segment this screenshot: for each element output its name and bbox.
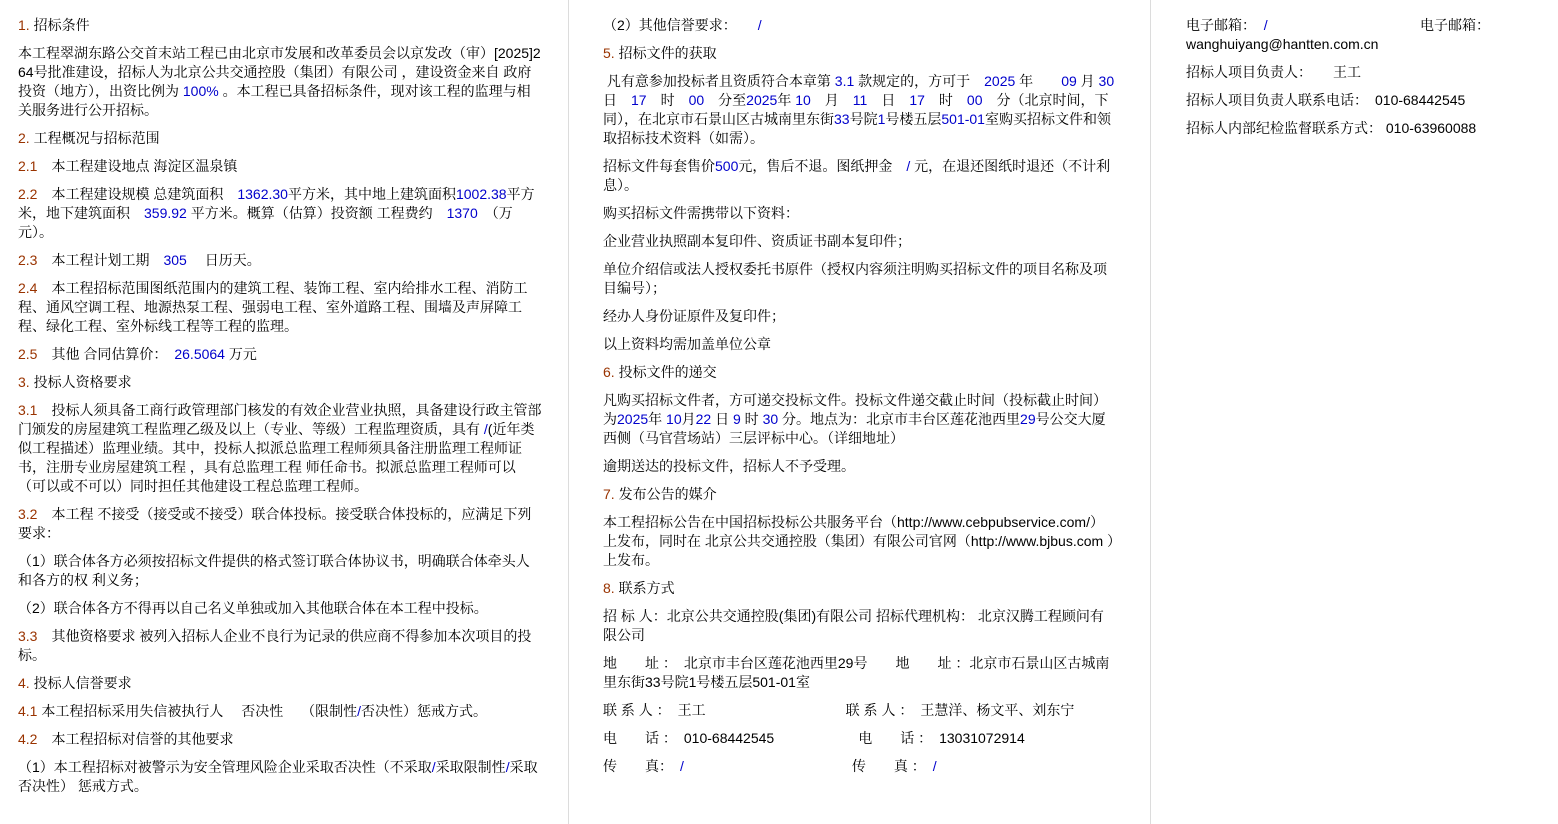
text-run: 投标文件的递交	[615, 364, 717, 380]
text-run: 平方米，其中地上建筑面积	[288, 186, 456, 202]
text-run: 招标人项目负责人： 王工	[1186, 64, 1361, 80]
paragraph: 单位介绍信或法人授权委托书原件（授权内容须注明购买招标文件的项目名称及项目编号）…	[603, 260, 1115, 298]
text-run: 招 标 人：北京公共交通控股(集团)有限公司 招标代理机构： 北京汉腾工程顾问有…	[603, 608, 1104, 643]
column-right: 电子邮箱： /电子邮箱：wanghuiyang@hantten.com.cn招标…	[1186, 16, 1490, 147]
text-run: 联 系 人 ： 王工 联 系 人 ： 王慧洋、杨文平、刘东宁	[603, 702, 1074, 718]
text-run: 本工程计划工期	[37, 252, 163, 268]
text-run: 投标人信誉要求	[30, 675, 132, 691]
paragraph: （1）本工程招标对被警示为安全管理风险企业采取否决性（不采取/采取限制性/采取否…	[18, 758, 542, 796]
text-run: 单位介绍信或法人授权委托书原件（授权内容须注明购买招标文件的项目名称及项目编号）…	[603, 261, 1107, 296]
text-run: 投标人资格要求	[30, 374, 132, 390]
paragraph: 地 址 ： 北京市丰台区莲花池西里29号 地 址 ：北京市石景山区古城南里东街3…	[603, 654, 1115, 692]
section-heading: 6. 投标文件的递交	[603, 363, 1115, 382]
text-run: 传 真 ：	[684, 758, 933, 774]
filled-value: 305	[163, 252, 186, 268]
column-left: 1. 招标条件本工程翠湖东路公交首末站工程已由北京市发展和改革委员会以京发改（审…	[18, 16, 542, 805]
text-run: 分。地点为：北京市丰台区莲花池西里	[778, 411, 1020, 427]
paragraph: 招标人项目负责人： 王工	[1186, 63, 1490, 82]
text-run: 月	[811, 92, 853, 108]
text-run: 凡有意参加投标者且资质符合本章第	[603, 73, 835, 89]
filled-value: 29	[1020, 411, 1036, 427]
filled-value: 1370	[447, 205, 478, 221]
section-heading: 3. 投标人资格要求	[18, 373, 542, 392]
filled-value: 17	[631, 92, 647, 108]
section-number: 8.	[603, 580, 615, 596]
section-number: 3.	[18, 374, 30, 390]
filled-value: /	[1264, 17, 1268, 33]
filled-value: 00	[967, 92, 983, 108]
filled-value: 10	[795, 92, 811, 108]
text-run: 逾期送达的投标文件，招标人不予受理。	[603, 458, 855, 474]
text-run: （2）其他信誉要求：	[603, 17, 758, 33]
paragraph: 2.1 本工程建设地点 海淀区温泉镇	[18, 157, 542, 176]
paragraph: 经办人身份证原件及复印件；	[603, 307, 1115, 326]
filled-value: 00	[689, 92, 705, 108]
text-run: 招标文件每套售价	[603, 158, 715, 174]
paragraph: 电 话 ： 010-68442545 电 话 ： 13031072914	[603, 729, 1115, 748]
text-run: 电 话 ： 010-68442545 电 话 ： 13031072914	[603, 730, 1025, 746]
paragraph: wanghuiyang@hantten.com.cn	[1186, 35, 1490, 54]
text-run: 购买招标文件需携带以下资料：	[603, 205, 799, 221]
text-run: 号楼五层	[885, 111, 941, 127]
text-run: 发布公告的媒介	[615, 486, 717, 502]
filled-value: /	[758, 17, 762, 33]
filled-value: 100%	[183, 83, 219, 99]
paragraph: （2）联合体各方不得再以自己名义单独或加入其他联合体在本工程中投标。	[18, 599, 542, 618]
text-run: 本工程招标对信誉的其他要求	[37, 731, 233, 747]
text-run: 号院	[850, 111, 878, 127]
column-middle: （2）其他信誉要求： /5. 招标文件的获取 凡有意参加投标者且资质符合本章第 …	[603, 16, 1115, 785]
paragraph: 3.2 本工程 不接受（接受或不接受）联合体投标。接受联合体投标的，应满足下列要…	[18, 505, 542, 543]
section-number: 2.	[18, 130, 30, 146]
text-run: 日历天。	[187, 252, 261, 268]
filled-value: /	[933, 758, 937, 774]
section-number: 4.1	[18, 703, 37, 719]
paragraph: 招 标 人：北京公共交通控股(集团)有限公司 招标代理机构： 北京汉腾工程顾问有…	[603, 607, 1115, 645]
paragraph: 2.2 本工程建设规模 总建筑面积 1362.30平方米，其中地上建筑面积100…	[18, 185, 542, 242]
filled-value: 26.5064	[174, 346, 225, 362]
text-run: 本工程招标采用失信被执行人 否决性 （限制性	[37, 703, 357, 719]
paragraph: 凡有意参加投标者且资质符合本章第 3.1 款规定的，方可于 2025 年 09 …	[603, 72, 1115, 148]
filled-value: 1362.30	[237, 186, 288, 202]
text-run: 投标人须具备工商行政管理部门核发的有效企业营业执照，具备建设行政主管部门颁发的房…	[18, 402, 541, 437]
text-run: 款规定的，方可于	[854, 73, 984, 89]
text-run: 联系方式	[615, 580, 675, 596]
text-run: 其他 合同估算价：	[37, 346, 174, 362]
paragraph: 招标人内部纪检监督联系方式： 010-63960088	[1186, 119, 1490, 138]
text-run: 本工程招标范围图纸范围内的建筑工程、装饰工程、室内给排水工程、消防工程、通风空调…	[18, 280, 527, 334]
section-heading: 5. 招标文件的获取	[603, 44, 1115, 63]
text-run: 招标条件	[30, 17, 90, 33]
text-run: 采取限制性	[436, 759, 506, 775]
filled-value: 2025	[617, 411, 648, 427]
text-run: 平方米。概算（估算）投资额 工程费约	[187, 205, 447, 221]
paragraph: 联 系 人 ： 王工 联 系 人 ： 王慧洋、杨文平、刘东宁	[603, 701, 1115, 720]
text-run: 月	[682, 411, 696, 427]
filled-value: 501-01	[941, 111, 985, 127]
section-number: 1.	[18, 17, 30, 33]
text-run: 企业营业执照副本复印件、资质证书副本复印件；	[603, 233, 911, 249]
text-run: 传 真：	[603, 758, 680, 774]
paragraph: 招标人项目负责人联系电话： 010-68442545	[1186, 91, 1490, 110]
text-run: 招标人项目负责人联系电话： 010-68442545	[1186, 92, 1465, 108]
filled-value: 359.92	[144, 205, 187, 221]
document-body: { "document": { "title": "翠湖东路公交首末站工程监理招…	[0, 0, 1558, 824]
section-number: 2.4	[18, 280, 37, 296]
text-run: 本工程 不接受（接受或不接受）联合体投标。接受联合体投标的，应满足下列要求：	[18, 506, 531, 541]
paragraph: 2.5 其他 合同估算价： 26.5064 万元	[18, 345, 542, 364]
paragraph: 凡购买招标文件者，方可递交投标文件。投标文件递交截止时间（投标截止时间）为202…	[603, 391, 1115, 448]
text-run: 年	[1015, 73, 1061, 89]
paragraph: 3.3 其他资格要求 被列入招标人企业不良行为记录的供应商不得参加本次项目的投标…	[18, 627, 542, 665]
text-run: 招标文件的获取	[615, 45, 717, 61]
text-run: （2）联合体各方不得再以自己名义单独或加入其他联合体在本工程中投标。	[18, 600, 488, 616]
section-number: 2.3	[18, 252, 37, 268]
paragraph: 购买招标文件需携带以下资料：	[603, 204, 1115, 223]
text-run: 日	[711, 411, 733, 427]
filled-value: 500	[715, 158, 738, 174]
column-divider-right	[1150, 0, 1151, 824]
section-number: 5.	[603, 45, 615, 61]
text-run: wanghuiyang@hantten.com.cn	[1186, 36, 1378, 52]
pair-right: 电子邮箱：	[1420, 16, 1490, 35]
text-run: 万元	[225, 346, 257, 362]
text-run: 月	[1077, 73, 1099, 89]
text-run: 分至	[704, 92, 746, 108]
text-run: 本工程建设规模 总建筑面积	[37, 186, 237, 202]
paragraph: 4.2 本工程招标对信誉的其他要求	[18, 730, 542, 749]
column-divider-left	[568, 0, 569, 824]
paragraph: 2.4 本工程招标范围图纸范围内的建筑工程、装饰工程、室内给排水工程、消防工程、…	[18, 279, 542, 336]
text-run: 经办人身份证原件及复印件；	[603, 308, 785, 324]
filled-value: 09	[1061, 73, 1077, 89]
paragraph: 2.3 本工程计划工期 305 日历天。	[18, 251, 542, 270]
section-number: 6.	[603, 364, 615, 380]
text-run: 招标人内部纪检监督联系方式： 010-63960088	[1186, 120, 1476, 136]
text-run: （1）本工程招标对被警示为安全管理风险企业采取否决性（不采取	[18, 759, 432, 775]
paragraph: 企业营业执照副本复印件、资质证书副本复印件；	[603, 232, 1115, 251]
filled-value: 11	[853, 92, 868, 108]
label-value-row: 电子邮箱： /电子邮箱：	[1186, 16, 1490, 35]
paragraph: （2）其他信誉要求： /	[603, 16, 1115, 35]
section-number: 2.5	[18, 346, 37, 362]
text-run: 时	[647, 92, 689, 108]
text-run: 本工程建设地点 海淀区温泉镇	[37, 158, 237, 174]
filled-value: 3.1	[835, 73, 854, 89]
filled-value: 10	[666, 411, 682, 427]
filled-value: 2025	[746, 92, 777, 108]
paragraph: 逾期送达的投标文件，招标人不予受理。	[603, 457, 1115, 476]
paragraph: （1）联合体各方必须按招标文件提供的格式签订联合体协议书，明确联合体牵头人和各方…	[18, 552, 542, 590]
text-run: 电子邮箱：	[1186, 17, 1264, 33]
filled-value: 1002.38	[456, 186, 507, 202]
pair-left: 电子邮箱： /	[1186, 16, 1268, 35]
text-run: 地 址 ： 北京市丰台区莲花池西里29号 地 址 ：北京市石景山区古城南里东街3…	[603, 655, 1109, 690]
section-number: 3.2	[18, 506, 37, 522]
section-heading: 2. 工程概况与招标范围	[18, 129, 542, 148]
section-heading: 1. 招标条件	[18, 16, 542, 35]
section-number: 2.1	[18, 158, 37, 174]
filled-value: 22	[696, 411, 712, 427]
section-number: 3.1	[18, 402, 37, 418]
section-heading: 4. 投标人信誉要求	[18, 674, 542, 693]
text-run: 其他资格要求 被列入招标人企业不良行为记录的供应商不得参加本次项目的投标。	[18, 628, 531, 663]
section-number: 4.2	[18, 731, 37, 747]
paragraph: 本工程招标公告在中国招标投标公共服务平台（http://www.cebpubse…	[603, 513, 1115, 570]
filled-value: 9	[733, 411, 741, 427]
section-number: 7.	[603, 486, 615, 502]
filled-value: 30	[1099, 73, 1115, 89]
paragraph: 4.1 本工程招标采用失信被执行人 否决性 （限制性/否决性）惩戒方式。	[18, 702, 542, 721]
text-run: 时	[741, 411, 763, 427]
text-run: 日	[867, 92, 909, 108]
section-number: 3.3	[18, 628, 37, 644]
paragraph: 招标文件每套售价500元，售后不退。图纸押金 / 元，在退还图纸时退还（不计利息…	[603, 157, 1115, 195]
text-run: 工程概况与招标范围	[30, 130, 160, 146]
filled-value: 17	[909, 92, 925, 108]
text-run: 元，售后不退。图纸押金	[738, 158, 906, 174]
filled-value: 33	[834, 111, 850, 127]
text-run: 本工程招标公告在中国招标投标公共服务平台（http://www.cebpubse…	[603, 514, 1114, 568]
paragraph: 本工程翠湖东路公交首末站工程已由北京市发展和改革委员会以京发改（审）[2025]…	[18, 44, 542, 120]
filled-value: 30	[763, 411, 779, 427]
text-run: 以上资料均需加盖单位公章	[603, 336, 771, 352]
text-run: 年	[777, 92, 795, 108]
section-heading: 7. 发布公告的媒介	[603, 485, 1115, 504]
text-run: 电子邮箱：	[1420, 17, 1490, 33]
text-run: 年	[648, 411, 666, 427]
text-run: 时	[925, 92, 967, 108]
text-run: 否决性）惩戒方式。	[361, 703, 487, 719]
paragraph: 传 真： / 传 真 ： /	[603, 757, 1115, 776]
paragraph: 以上资料均需加盖单位公章	[603, 335, 1115, 354]
section-heading: 8. 联系方式	[603, 579, 1115, 598]
filled-value: 2025	[984, 73, 1015, 89]
section-number: 4.	[18, 675, 30, 691]
paragraph: 3.1 投标人须具备工商行政管理部门核发的有效企业营业执照，具备建设行政主管部门…	[18, 401, 542, 496]
section-number: 2.2	[18, 186, 37, 202]
text-run: （1）联合体各方必须按招标文件提供的格式签订联合体协议书，明确联合体牵头人和各方…	[18, 553, 530, 588]
